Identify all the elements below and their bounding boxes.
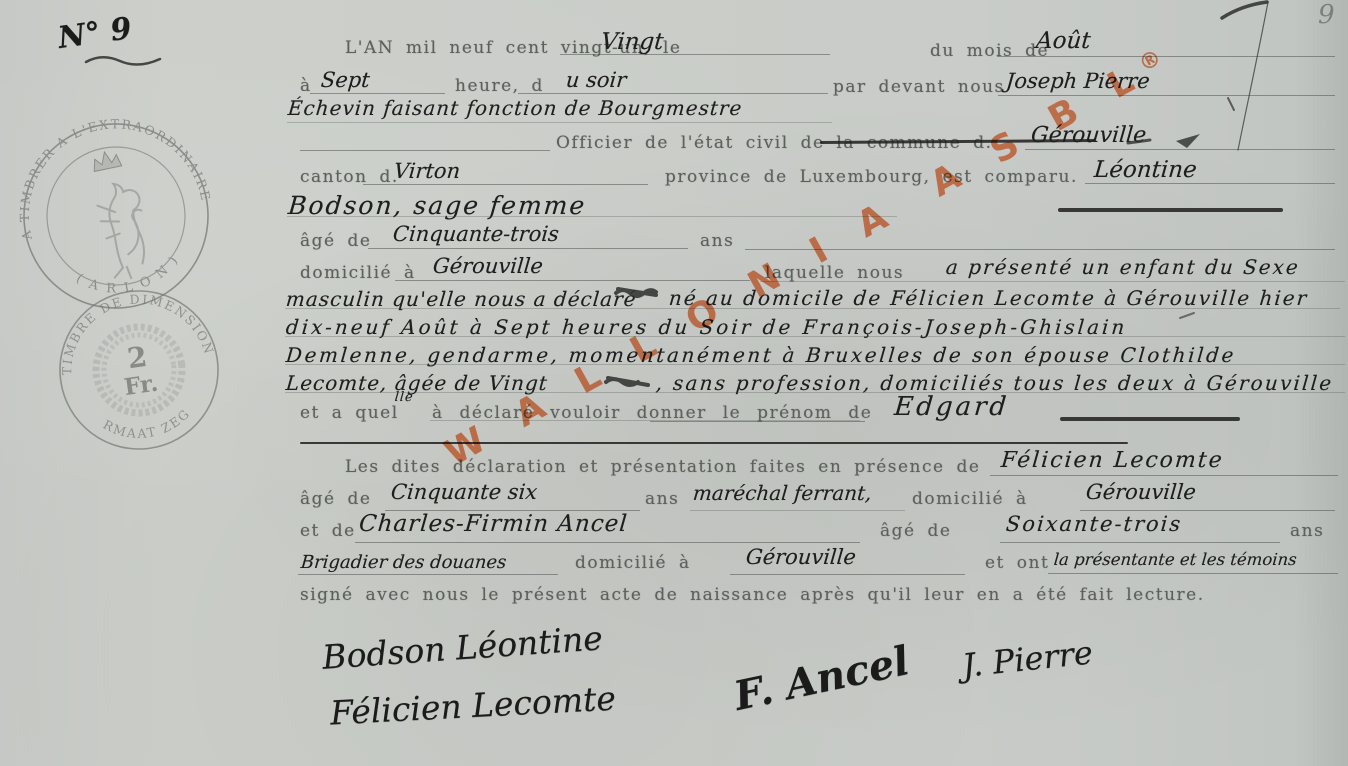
entry-time-of-day: u soir (565, 68, 627, 92)
entry-presentation: a présenté un enfant du Sexe (945, 255, 1301, 279)
entry-witness1-age: Cinquante six (390, 480, 538, 504)
entry-officer-title: Échevin faisant fonction de Bourgmestre (287, 96, 743, 120)
printed-ans2: ans (645, 489, 679, 509)
printed-devant-nous: par devant nous (833, 77, 1005, 97)
blank-line (1025, 149, 1335, 150)
ruled-line (285, 308, 1340, 309)
printed-age-label: âgé de (300, 231, 371, 251)
blank-line (518, 93, 828, 94)
blank-line (310, 93, 445, 94)
blank-line (560, 54, 830, 55)
ruled-line (285, 364, 1345, 365)
printed-month-label: du mois de (930, 41, 1049, 61)
pen-flourish-top (1222, 2, 1267, 18)
printed-age-label2: âgé de (300, 489, 371, 509)
entry-declarant-age: Cinquante-trois (392, 222, 560, 246)
lion-rampant-icon (94, 179, 156, 282)
blank-line (1080, 510, 1335, 511)
printed-domicile-label2: domicilié à (912, 489, 1028, 509)
blank-line (385, 510, 640, 511)
entry-child-firstname: Edgard (893, 392, 1010, 422)
corner-number: 9 (1318, 0, 1335, 30)
signature-witness1: Félicien Lecomte (329, 679, 617, 733)
ruled-line (285, 392, 1345, 393)
printed-et-de: et de (300, 521, 356, 541)
ink-line (1058, 208, 1283, 212)
entry-witness2-profession: Brigadier des douanes (300, 552, 507, 573)
stamp-unit: Fr. (122, 370, 159, 401)
blank-line (395, 280, 750, 281)
entry-commune: Gérouville (1030, 123, 1147, 148)
ink-tick (1228, 98, 1234, 110)
ink-tick-small (1180, 313, 1194, 318)
blank-line (1048, 573, 1338, 574)
signature-officer: J. Pierre (960, 633, 1094, 684)
entry-day: Vingt (600, 29, 665, 55)
blank-line (355, 542, 860, 543)
birth-certificate-scan: N° 9 9 A TIMBRER A L'EXTRAORDINAIRE ( A … (0, 0, 1348, 766)
blank-line (730, 574, 965, 575)
signature-declarant: Bodson Léontine (321, 618, 604, 677)
document-number: N° 9 (56, 11, 134, 56)
signature-witness2: F. Ancel (730, 637, 913, 720)
entry-birth-place: né au domicile de Félicien Lecomte à Gér… (668, 286, 1309, 310)
blank-line (745, 249, 1335, 250)
entry-witness1-profession: maréchal ferrant, (692, 481, 873, 505)
blank-line (760, 281, 1345, 282)
blank-line (363, 184, 648, 185)
pen-flourish-line (1238, 2, 1268, 150)
ink-arrow (1176, 134, 1200, 148)
entry-month: Août (1035, 28, 1092, 54)
blank-line (368, 248, 688, 249)
revenue-stamp-dimension: TIMBRE DE DIMENSION FORMAAT ZEGEL 2 Fr. (52, 283, 227, 458)
entry-declarant-firstname: Léontine (1093, 157, 1198, 183)
crown-icon (91, 149, 122, 171)
blank-line (997, 56, 1335, 57)
printed-witness-intro: Les dites déclaration et présentation fa… (345, 457, 980, 477)
section-divider-line (300, 442, 1128, 444)
blank-line (990, 475, 1338, 476)
printed-et-ont: et ont (985, 553, 1049, 573)
blank-line (298, 574, 558, 575)
entry-canton: Virton (393, 159, 461, 183)
blank-line (287, 216, 897, 217)
blank-line (650, 421, 865, 422)
blank-line (1000, 542, 1280, 543)
blank-line (998, 95, 1335, 96)
printed-domicile-label3: domicilié à (575, 553, 691, 573)
printed-age-label3: âgé de (880, 521, 951, 541)
blank-line (1085, 183, 1335, 184)
printed-province: province de Luxembourg, est comparu. (665, 167, 1078, 187)
blank-line (300, 150, 550, 151)
entry-witness2-domicile: Gérouville (745, 545, 857, 569)
printed-ans3: ans (1290, 521, 1324, 541)
ruled-line (285, 336, 1345, 337)
printed-closing-clause: signé avec nous le présent acte de naiss… (300, 585, 1205, 605)
number-underline-flourish (86, 57, 160, 64)
entry-witness1-name: Félicien Lecomte (1000, 448, 1225, 473)
printed-laquelle-nous: laquelle nous (765, 263, 904, 283)
stamp-value: 2 (125, 340, 149, 375)
entry-officer-name: Joseph Pierre (1005, 69, 1151, 93)
entry-signatories: la présentante et les témoins (1053, 550, 1298, 569)
entry-hour: Sept (320, 68, 371, 92)
printed-et-a-quel: et a quel (300, 403, 399, 423)
ink-dash-after-firstname (1060, 417, 1240, 421)
entry-witness1-domicile: Gérouville (1085, 480, 1197, 504)
blank-line (690, 510, 905, 511)
crossed-out-word-2 (606, 378, 648, 385)
printed-ans: ans (700, 231, 734, 251)
entry-declarant-domicile: Gérouville (432, 254, 544, 278)
entry-witness2-age: Soixante-trois (1005, 512, 1183, 536)
blank-line (287, 122, 832, 123)
entry-witness2-name: Charles-Firmin Ancel (358, 511, 629, 537)
